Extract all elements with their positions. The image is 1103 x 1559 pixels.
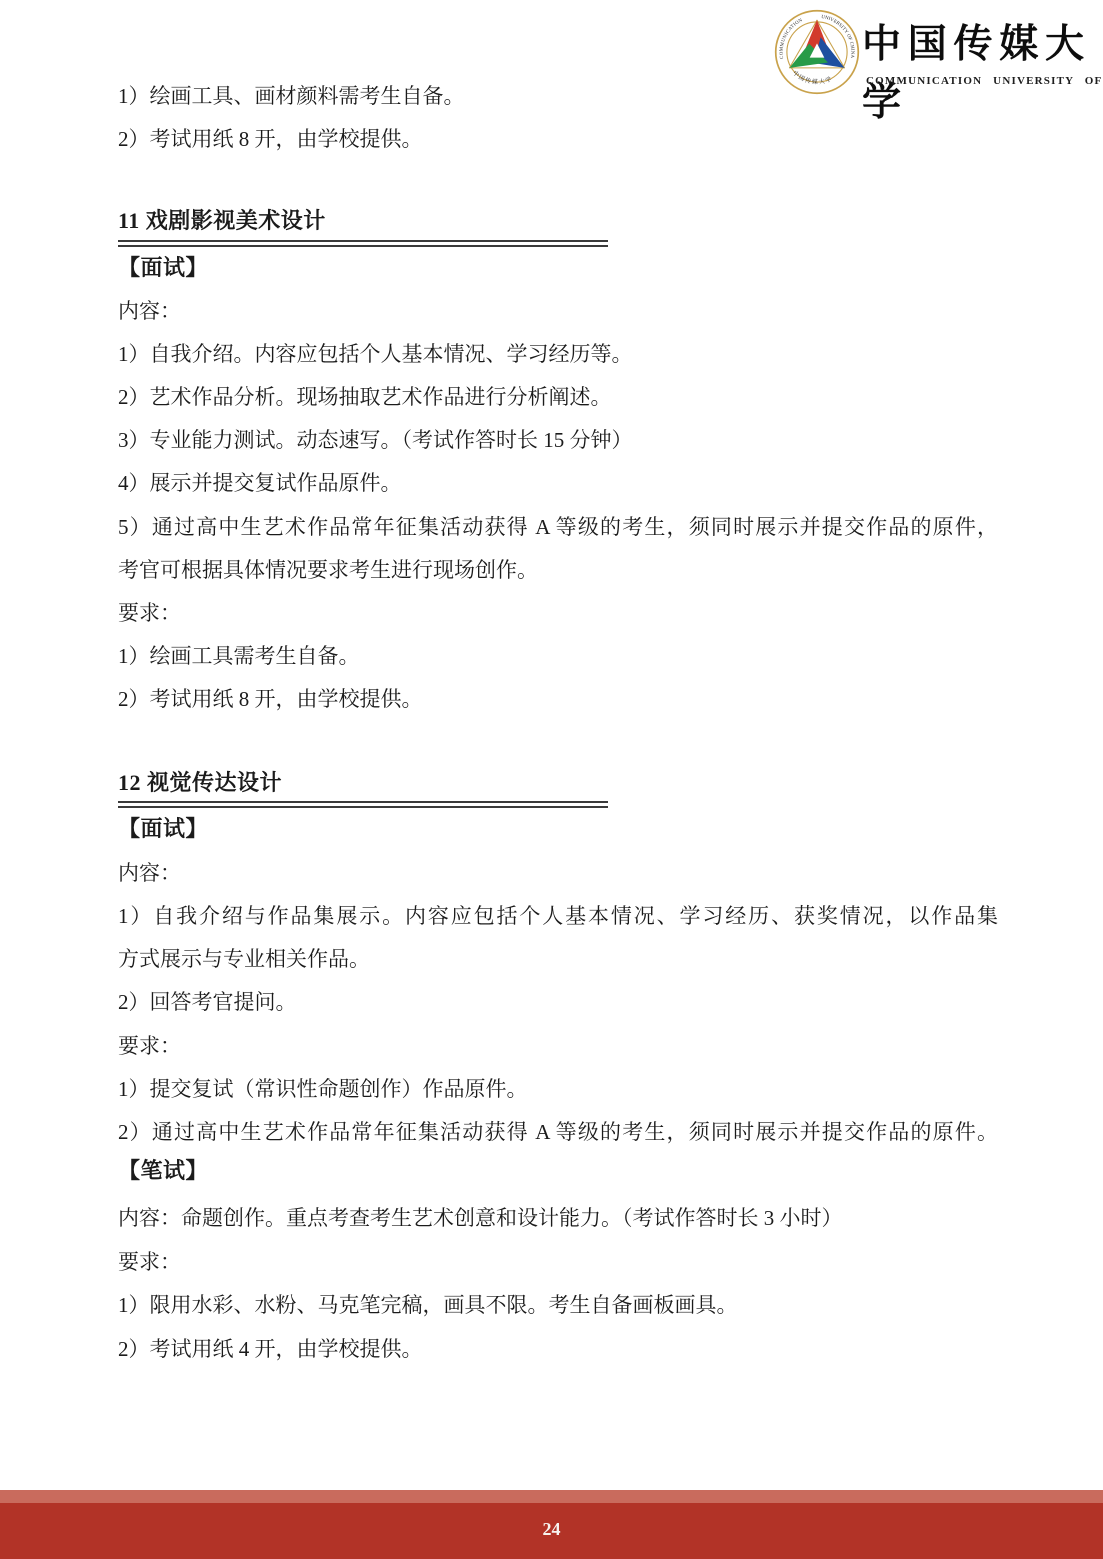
- footer-accent-strip: [0, 1490, 1103, 1503]
- section-11-requirement-item: 1）绘画工具需考生自备。: [118, 643, 360, 669]
- section-12-content-item: 方式展示与专业相关作品。: [118, 946, 370, 972]
- document-page: COMMUNICATION UNIVERSITY OF CHINA 中国传媒大学…: [0, 0, 1103, 1559]
- university-name-cn: 中国传媒大学: [862, 16, 1084, 74]
- section-12-interview-label: 【面试】: [118, 816, 208, 842]
- section-12-requirement-item: 1）提交复试（常识性命题创作）作品原件。: [118, 1076, 528, 1102]
- section-12-requirements-label: 要求：: [118, 1033, 181, 1059]
- section-12-written-content: 内容：命题创作。重点考查考生艺术创意和设计能力。（考试作答时长 3 小时）: [118, 1205, 843, 1231]
- section-12-heading-rule: [118, 801, 608, 808]
- section-11-heading: 11 戏剧影视美术设计: [118, 208, 326, 234]
- section-11-heading-rule: [118, 240, 608, 247]
- section-11-content-item: 5）通过高中生艺术作品常年征集活动获得 A 等级的考生，须同时展示并提交作品的原…: [118, 514, 998, 540]
- section-12-content-item: 2）回答考官提问。: [118, 989, 297, 1015]
- section-12-written-label: 【笔试】: [118, 1158, 208, 1184]
- section-12-content-label: 内容：: [118, 860, 181, 886]
- section-12-written-requirements-label: 要求：: [118, 1249, 181, 1275]
- section-11-content-item: 4）展示并提交复试作品原件。: [118, 470, 402, 496]
- section-12-content-item: 1）自我介绍与作品集展示。内容应包括个人基本情况、学习经历、获奖情况，以作品集: [118, 903, 998, 929]
- section-12-written-item: 2）考试用纸 4 开，由学校提供。: [118, 1336, 423, 1362]
- section-12-written-item: 1）限用水彩、水粉、马克笔完稿，画具不限。考生自备画板画具。: [118, 1292, 738, 1318]
- section-11-requirement-item: 2）考试用纸 8 开，由学校提供。: [118, 686, 423, 712]
- intro-item-1: 1）绘画工具、画材颜料需考生自备。: [118, 83, 465, 109]
- section-12-heading: 12 视觉传达设计: [118, 770, 282, 796]
- university-name-en: COMMUNICATION UNIVERSITY OF CHINA: [866, 75, 1084, 87]
- section-11-content-label: 内容：: [118, 298, 181, 324]
- section-11-content-item: 2）艺术作品分析。现场抽取艺术作品进行分析阐述。: [118, 384, 612, 410]
- section-11-requirements-label: 要求：: [118, 600, 181, 626]
- intro-item-2: 2）考试用纸 8 开，由学校提供。: [118, 126, 423, 152]
- section-12-requirement-item: 2）通过高中生艺术作品常年征集活动获得 A 等级的考生，须同时展示并提交作品的原…: [118, 1119, 998, 1145]
- section-11-content-item: 1）自我介绍。内容应包括个人基本情况、学习经历等。: [118, 341, 633, 367]
- page-number: 24: [0, 1519, 1103, 1540]
- university-seal-icon: COMMUNICATION UNIVERSITY OF CHINA 中国传媒大学: [774, 8, 860, 96]
- university-seal: COMMUNICATION UNIVERSITY OF CHINA 中国传媒大学: [774, 8, 860, 96]
- section-11-content-item: 考官可根据具体情况要求考生进行现场创作。: [118, 557, 538, 583]
- section-11-interview-label: 【面试】: [118, 255, 208, 281]
- section-11-content-item: 3）专业能力测试。动态速写。（考试作答时长 15 分钟）: [118, 427, 633, 453]
